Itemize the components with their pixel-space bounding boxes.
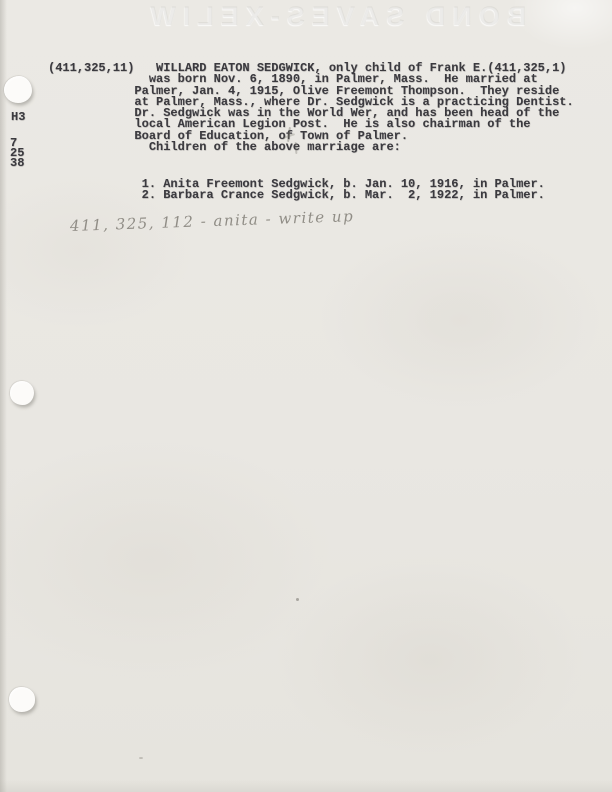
handwritten-annotation: 411, 325, 112 - anita - write up <box>70 207 355 235</box>
document-page: BOND SAVES-XELIW H3 7 25 38 (411,325,11)… <box>0 0 612 792</box>
paper-watermark-mirrored: BOND SAVES-XELIW <box>100 0 570 34</box>
paper-speck <box>296 598 299 601</box>
margin-note-ref: H3 <box>11 112 25 123</box>
punch-hole-middle <box>10 381 34 405</box>
typed-line-child-2: 2. Barbara Crance Sedgwick, b. Mar. 2, 1… <box>48 190 545 201</box>
punch-hole-top <box>4 76 32 103</box>
paper-speck <box>139 757 143 759</box>
typed-line: Children of the above marriage are: <box>48 142 574 153</box>
punch-hole-bottom <box>9 687 35 712</box>
typescript-paragraph: (411,325,11) WILLARD EATON SEDGWICK, onl… <box>48 63 574 153</box>
margin-note-number: 38 <box>10 158 24 169</box>
children-list: 1. Anita Freemont Sedgwick, b. Jan. 10, … <box>48 179 545 202</box>
